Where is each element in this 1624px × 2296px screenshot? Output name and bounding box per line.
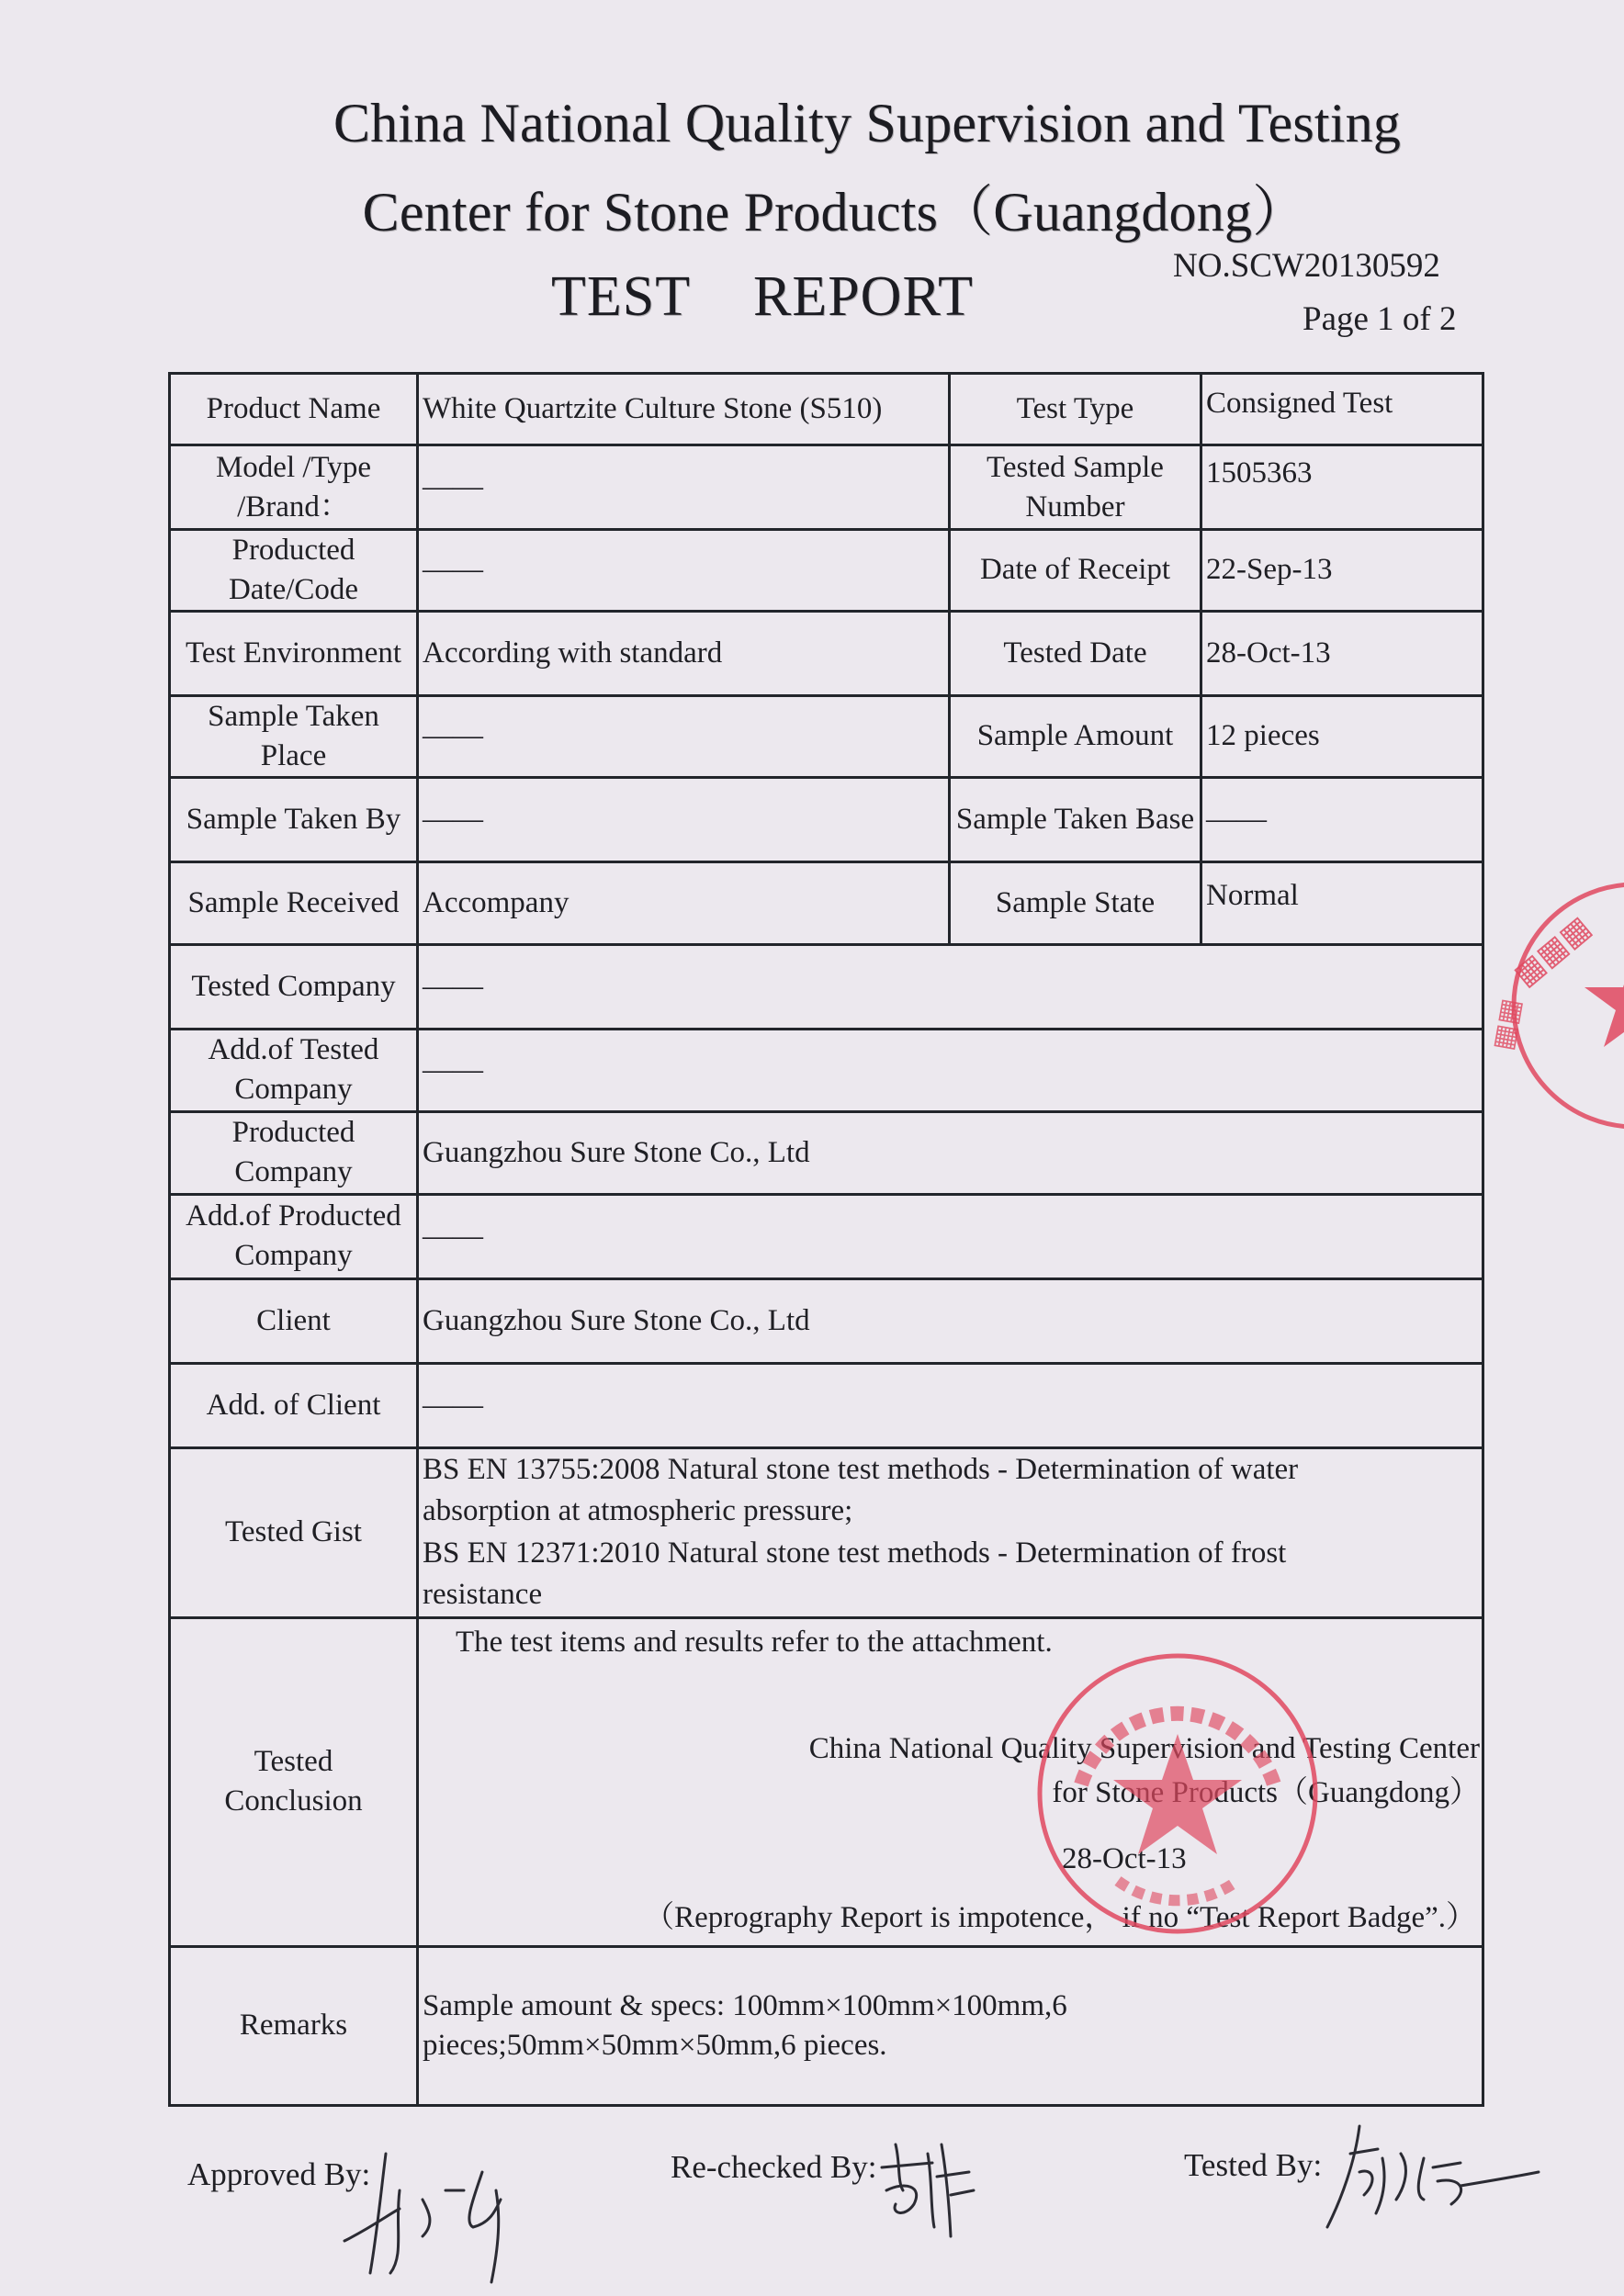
value-tested-sample-number: 1505363 <box>1201 445 1483 530</box>
seal-star-icon <box>1113 1734 1242 1854</box>
gist-standard-1: BS EN 13755:2008 Natural stone test meth… <box>423 1449 1399 1533</box>
value-sample-taken-base: —— <box>1201 777 1483 861</box>
table-row: Add. of Client —— <box>170 1363 1483 1447</box>
label-producted-company: Producted Company <box>170 1111 418 1194</box>
table-row: Sample Taken By —— Sample Taken Base —— <box>170 777 1483 861</box>
value-remarks: Sample amount & specs: 100mm×100mm×100mm… <box>418 1946 1483 2105</box>
label-sample-state: Sample State <box>950 861 1201 944</box>
value-date-of-receipt: 22-Sep-13 <box>1201 530 1483 612</box>
label-tested-sample-number: Tested Sample Number <box>950 445 1201 530</box>
value-tested-date: 28-Oct-13 <box>1201 611 1483 695</box>
label-remarks: Remarks <box>170 1946 418 2105</box>
institution-title-line1: China National Quality Supervision and T… <box>55 92 1624 155</box>
value-model-type-brand: —— <box>418 445 950 530</box>
table-row: Model /Type /Brand： —— Tested Sample Num… <box>170 445 1483 530</box>
label-product-name: Product Name <box>170 374 418 445</box>
value-tested-gist: BS EN 13755:2008 Natural stone test meth… <box>418 1447 1483 1617</box>
table-row: Sample Received Accompany Sample State N… <box>170 861 1483 944</box>
value-sample-received: Accompany <box>418 861 950 944</box>
value-sample-taken-by: —— <box>418 777 950 861</box>
value-add-of-producted-company: —— <box>418 1194 1483 1278</box>
report-number: NO.SCW20130592 <box>1173 246 1440 286</box>
label-tested-conclusion: Tested Conclusion <box>170 1617 418 1946</box>
label-sample-received: Sample Received <box>170 861 418 944</box>
label-add-of-producted-company: Add.of Producted Company <box>170 1194 418 1278</box>
value-sample-state: Normal <box>1201 861 1483 944</box>
table-row: Producted Company Guangzhou Sure Stone C… <box>170 1111 1483 1194</box>
value-add-of-client: —— <box>418 1363 1483 1447</box>
table-row: Client Guangzhou Sure Stone Co., Ltd <box>170 1278 1483 1363</box>
official-seal-stamp-right-edge: ▦▦▦ ▦▦ <box>1474 877 1624 1134</box>
value-client: Guangzhou Sure Stone Co., Ltd <box>418 1278 1483 1363</box>
official-seal-stamp-conclusion <box>1031 1647 1325 1941</box>
label-sample-taken-by: Sample Taken By <box>170 777 418 861</box>
table-row: Add.of Producted Company —— <box>170 1194 1483 1278</box>
label-date-of-receipt: Date of Receipt <box>950 530 1201 612</box>
tested-by-label: Tested By: <box>1184 2147 1322 2184</box>
table-row: Add.of Tested Company —— <box>170 1029 1483 1111</box>
svg-text:▦▦▦: ▦▦▦ <box>1506 908 1598 994</box>
institution-title-line2: Center for Stone Products（Guangdong） <box>23 168 1624 247</box>
value-sample-taken-place: —— <box>418 695 950 777</box>
value-test-environment: According with standard <box>418 611 950 695</box>
label-tested-company: Tested Company <box>170 944 418 1029</box>
label-model-type-brand: Model /Type /Brand： <box>170 445 418 530</box>
value-add-of-tested-company: —— <box>418 1029 1483 1111</box>
tested-by-signature <box>1323 2117 1543 2236</box>
label-test-type: Test Type <box>950 374 1201 445</box>
table-row: Sample Taken Place —— Sample Amount 12 p… <box>170 695 1483 777</box>
label-producted-date-code: Producted Date/Code <box>170 530 418 612</box>
gist-standard-2: BS EN 12371:2010 Natural stone test meth… <box>423 1533 1399 1616</box>
label-sample-taken-base: Sample Taken Base <box>950 777 1201 861</box>
label-add-of-client: Add. of Client <box>170 1363 418 1447</box>
approved-by-signature <box>335 2135 574 2291</box>
label-sample-taken-place: Sample Taken Place <box>170 695 418 777</box>
rechecked-by-label: Re-checked By: <box>671 2149 877 2186</box>
table-row: Product Name White Quartzite Culture Sto… <box>170 374 1483 445</box>
label-sample-amount: Sample Amount <box>950 695 1201 777</box>
value-product-name: White Quartzite Culture Stone (S510) <box>418 374 950 445</box>
report-title: TEST REPORT <box>551 264 974 330</box>
page-indicator: Page 1 of 2 <box>1303 299 1457 339</box>
value-sample-amount: 12 pieces <box>1201 695 1483 777</box>
rechecked-by-signature <box>877 2126 1043 2245</box>
label-tested-gist: Tested Gist <box>170 1447 418 1617</box>
label-tested-date: Tested Date <box>950 611 1201 695</box>
table-row: Producted Date/Code —— Date of Receipt 2… <box>170 530 1483 612</box>
table-row: Remarks Sample amount & specs: 100mm×100… <box>170 1946 1483 2105</box>
label-add-of-tested-company: Add.of Tested Company <box>170 1029 418 1111</box>
conclusion-intro: The test items and results refer to the … <box>456 1623 1053 1662</box>
value-producted-date-code: —— <box>418 530 950 612</box>
value-tested-company: —— <box>418 944 1483 1029</box>
table-row: Test Environment According with standard… <box>170 611 1483 695</box>
value-test-type: Consigned Test <box>1201 374 1483 445</box>
value-producted-company: Guangzhou Sure Stone Co., Ltd <box>418 1111 1483 1194</box>
table-row: Tested Company —— <box>170 944 1483 1029</box>
label-client: Client <box>170 1278 418 1363</box>
label-test-environment: Test Environment <box>170 611 418 695</box>
table-row: Tested Gist BS EN 13755:2008 Natural sto… <box>170 1447 1483 1617</box>
